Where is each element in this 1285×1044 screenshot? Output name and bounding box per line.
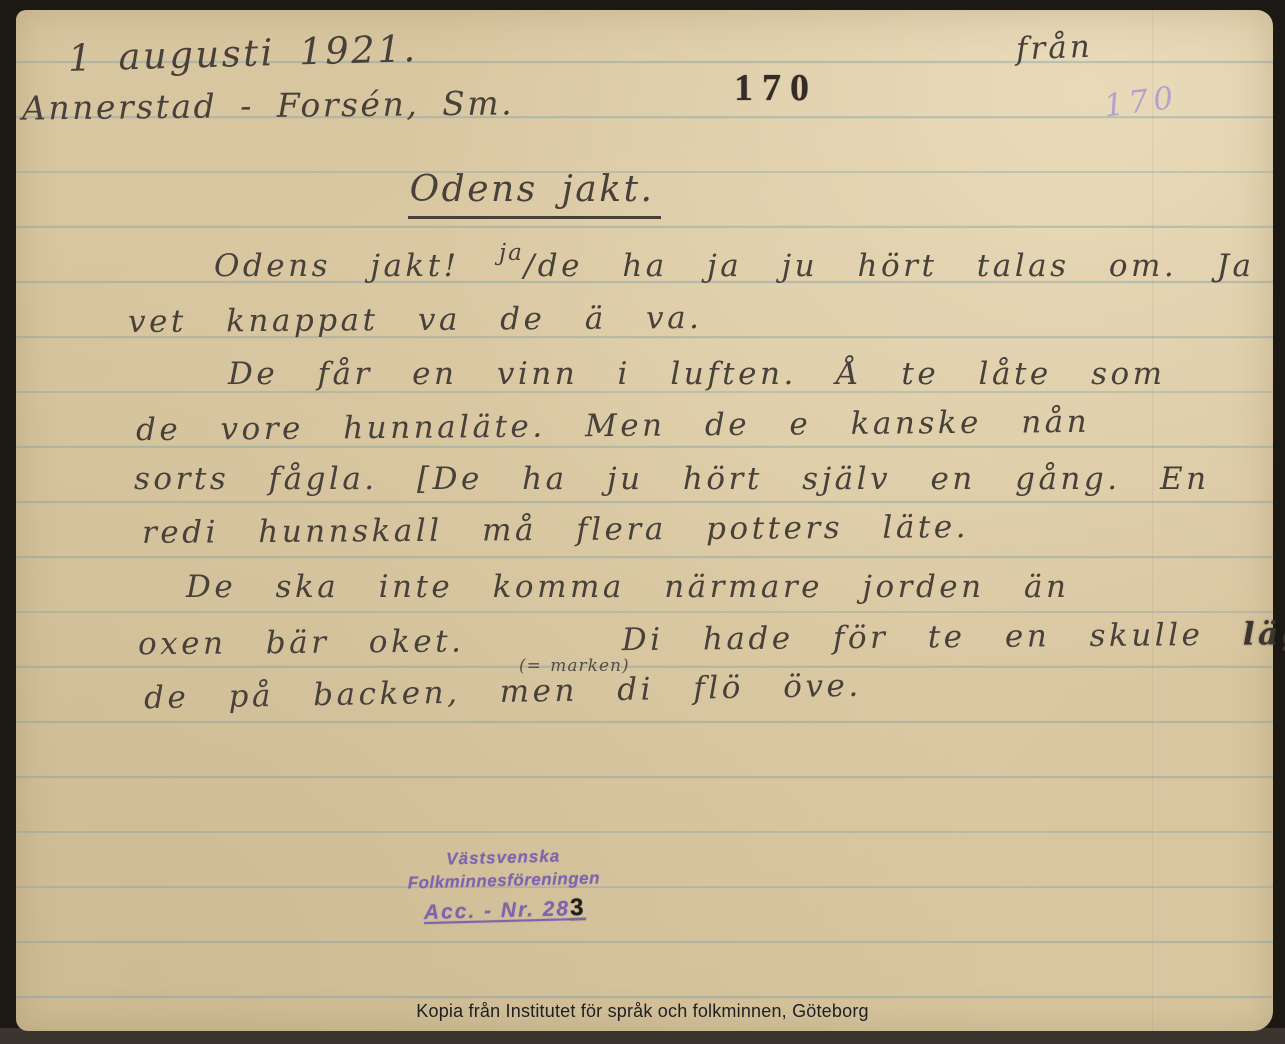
corner-note: från [1015, 29, 1093, 68]
footer-caption: Kopia från Institutet för språk och folk… [0, 1001, 1285, 1022]
archive-stamp-line-2: Folkminnesföreningen [404, 868, 604, 893]
body-line-8-pre: oxen bär oket. Di hade för te en skulle [138, 617, 1243, 663]
place-line: Annerstad - Forsén, Sm. [22, 83, 514, 127]
insertion-note: ja [499, 240, 524, 266]
body-line-8: oxen bär oket. Di hade för te en skulle … [138, 616, 1285, 663]
body-line-4: de vore hunnaläte. Men de e kanske nån [136, 404, 1090, 448]
body-line-8-heavy-word: lägga [1243, 616, 1285, 653]
body-line-3: De får en vinn i luften. Å te låte som [228, 356, 1166, 392]
archive-stamp-line-1: Västsvenska [403, 845, 603, 870]
accession-number: Acc. - Nr. 283 [404, 893, 605, 926]
archive-stamp: Västsvenska Folkminnesföreningen Acc. - … [403, 845, 605, 926]
body-line-1: Odens jakt! ja/de ha ja ju hört talas om… [214, 248, 1255, 284]
accession-number-prefix: Acc. - Nr. 28 [424, 897, 571, 924]
date-line: 1 augusti 1921. [67, 27, 418, 80]
page-number-stamp: 170 [734, 66, 818, 110]
scanned-photograph: 1 augusti 1921. Annerstad - Forsén, Sm. … [0, 0, 1285, 1044]
body-line-6: redi hunnskall må flera potters läte. [142, 509, 969, 551]
body-line-9: de på backen, men di flö öve. [144, 668, 862, 717]
pencil-page-number: 170 [1102, 80, 1180, 125]
body-line-7: De ska inte komma närmare jorden än [186, 569, 1069, 605]
manuscript-page: 1 augusti 1921. Annerstad - Forsén, Sm. … [16, 10, 1273, 1031]
body-line-1-pre: Odens jakt! [214, 248, 499, 284]
page-title: Odens jakt. [264, 128, 661, 260]
body-line-1-post: /de ha ja ju hört talas om. Ja [524, 248, 1255, 284]
margin-annotation: (= marken) [519, 656, 630, 676]
body-line-2: vet knappat va de ä va. [128, 300, 703, 340]
accession-number-overprint: 3 [570, 894, 586, 921]
title-underlined-text: Odens jakt. [408, 169, 661, 219]
body-line-5: sorts fågla. [De ha ju hört själv en gån… [134, 461, 1210, 497]
